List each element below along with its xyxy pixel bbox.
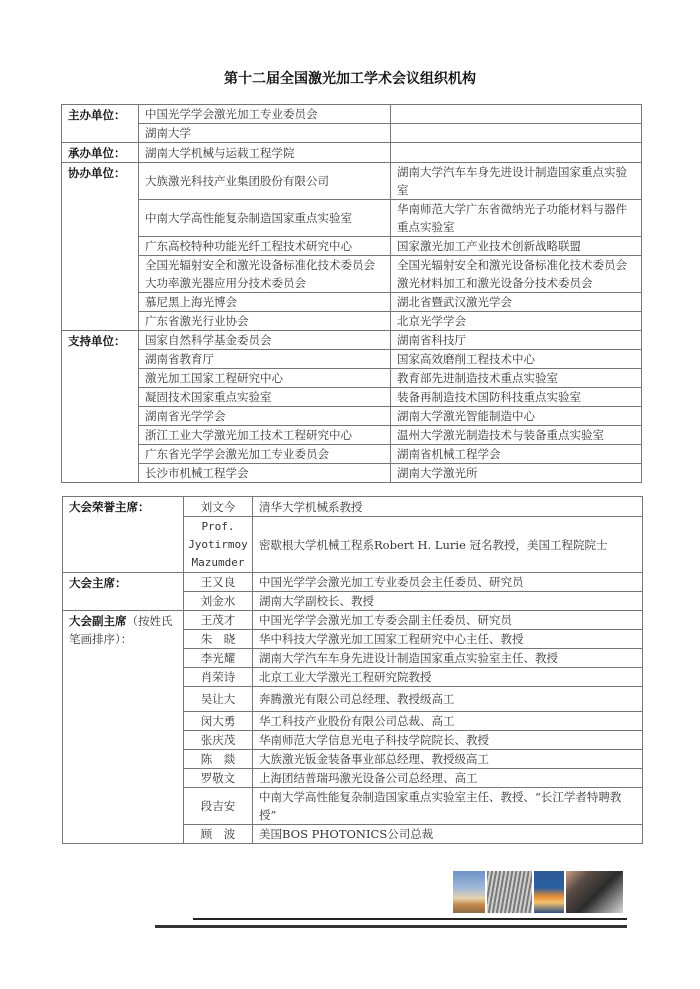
table-row: 支持单位： 国家自然科学基金委员会 湖南省科技厅	[62, 331, 642, 350]
table-row: 广东高校特种功能光纤工程技术研究中心 国家激光加工产业技术创新战略联盟	[62, 237, 642, 256]
cell	[391, 143, 642, 163]
footer-divider-thick	[155, 925, 627, 928]
member-name: 朱 晓	[184, 630, 253, 649]
host-label: 主办单位：	[62, 105, 139, 143]
member-name: 段吉安	[184, 788, 253, 825]
cell: 激光加工国家工程研究中心	[139, 369, 391, 388]
cell: 全国光辐射安全和激光设备标准化技术委员会激光材料加工和激光设备分技术委员会	[391, 256, 642, 293]
cell: 国家自然科学基金委员会	[139, 331, 391, 350]
cell: 湖南大学激光所	[391, 464, 642, 483]
table-row: 全国光辐射安全和激光设备标准化技术委员会大功率激光器应用分技术委员会 全国光辐射…	[62, 256, 642, 293]
table-row: 承办单位： 湖南大学机械与运载工程学院	[62, 143, 642, 163]
cell: 国家高效磨削工程技术中心	[391, 350, 642, 369]
cell: 湖南省机械工程学会	[391, 445, 642, 464]
table-row: 大会副主席（按姓氏笔画排序）： 王茂才 中国光学学会激光加工专委会副主任委员、研…	[63, 611, 643, 630]
organizer-table: 主办单位： 中国光学学会激光加工专业委员会 湖南大学 承办单位： 湖南大学机械与…	[61, 104, 642, 483]
chair-label: 大会主席：	[63, 573, 184, 611]
member-name: 肖荣诗	[184, 668, 253, 687]
cell: 湖南大学	[139, 124, 391, 143]
member-desc: 清华大学机械系教授	[253, 497, 643, 517]
cell: 湖南大学机械与运载工程学院	[139, 143, 391, 163]
member-desc: 华中科技大学激光加工国家工程研究中心主任、教授	[253, 630, 643, 649]
table-row: 激光加工国家工程研究中心 教育部先进制造技术重点实验室	[62, 369, 642, 388]
cell: 大族激光科技产业集团股份有限公司	[139, 163, 391, 200]
co-organizer-label: 协办单位：	[62, 163, 139, 331]
cell: 装备再制造技术国防科技重点实验室	[391, 388, 642, 407]
cell: 全国光辐射安全和激光设备标准化技术委员会大功率激光器应用分技术委员会	[139, 256, 391, 293]
member-name: 闵大勇	[184, 712, 253, 731]
member-name: Prof. Jyotirmoy Mazumder	[184, 517, 253, 573]
table-row: 大会主席： 王又良 中国光学学会激光加工专业委员会主任委员、研究员	[63, 573, 643, 592]
honorary-chair-label: 大会荣誉主席：	[63, 497, 184, 573]
cell: 中南大学高性能复杂制造国家重点实验室	[139, 200, 391, 237]
member-desc: 湖南大学汽车车身先进设计制造国家重点实验室主任、教授	[253, 649, 643, 668]
table-row: 湖南大学	[62, 124, 642, 143]
table-row: 主办单位： 中国光学学会激光加工专业委员会	[62, 105, 642, 124]
member-desc: 密歇根大学机械工程系Robert H. Lurie 冠名教授，美国工程院院士	[253, 517, 643, 573]
cell: 浙江工业大学激光加工技术工程研究中心	[139, 426, 391, 445]
member-desc: 华南师范大学信息光电子科技学院院长、教授	[253, 731, 643, 750]
organizer-label: 承办单位：	[62, 143, 139, 163]
member-name: 陈 燚	[184, 750, 253, 769]
cell: 湖南省光学学会	[139, 407, 391, 426]
table-row: 大会荣誉主席： 刘文今 清华大学机械系教授	[63, 497, 643, 517]
cell: 凝固技术国家重点实验室	[139, 388, 391, 407]
table-row: 湖南省光学学会 湖南大学激光智能制造中心	[62, 407, 642, 426]
member-desc: 中国光学学会激光加工专业委员会主任委员、研究员	[253, 573, 643, 592]
committee-table: 大会荣誉主席： 刘文今 清华大学机械系教授 Prof. Jyotirmoy Ma…	[62, 496, 643, 844]
laser-beam-photo	[566, 871, 623, 913]
cell: 国家激光加工产业技术创新战略联盟	[391, 237, 642, 256]
table-row: 协办单位： 大族激光科技产业集团股份有限公司 湖南大学汽车车身先进设计制造国家重…	[62, 163, 642, 200]
member-name: 顾 波	[184, 825, 253, 844]
cell: 广东高校特种功能光纤工程技术研究中心	[139, 237, 391, 256]
table-row: 广东省激光行业协会 北京光学学会	[62, 312, 642, 331]
vice-chair-label: 大会副主席（按姓氏笔画排序）：	[63, 611, 184, 844]
footer-image-strip	[453, 871, 623, 913]
cell: 广东省激光行业协会	[139, 312, 391, 331]
cell: 湖南大学汽车车身先进设计制造国家重点实验室	[391, 163, 642, 200]
footer-divider-thin	[193, 918, 627, 920]
member-desc: 华工科技产业股份有限公司总裁、高工	[253, 712, 643, 731]
member-name: 王又良	[184, 573, 253, 592]
member-name: 吴让大	[184, 687, 253, 712]
cell: 湖南省科技厅	[391, 331, 642, 350]
table-row: 长沙市机械工程学会 湖南大学激光所	[62, 464, 642, 483]
member-desc: 奔腾激光有限公司总经理、教授级高工	[253, 687, 643, 712]
member-name: 刘金水	[184, 592, 253, 611]
cell: 北京光学学会	[391, 312, 642, 331]
cell	[391, 105, 642, 124]
laser-machine-photo	[487, 871, 532, 913]
cell: 湖南省教育厅	[139, 350, 391, 369]
cell: 广东省光学学会激光加工专业委员会	[139, 445, 391, 464]
member-name: 刘文今	[184, 497, 253, 517]
table-row: 凝固技术国家重点实验室 装备再制造技术国防科技重点实验室	[62, 388, 642, 407]
member-desc: 美国BOS PHOTONICS公司总裁	[253, 825, 643, 844]
member-desc: 北京工业大学激光工程研究院教授	[253, 668, 643, 687]
page-title: 第十二届全国激光加工学术会议组织机构	[0, 68, 700, 88]
cell: 华南师范大学广东省微纳光子功能材料与器件重点实验室	[391, 200, 642, 237]
cell: 慕尼黑上海光博会	[139, 293, 391, 312]
member-name: 王茂才	[184, 611, 253, 630]
member-desc: 中国光学学会激光加工专委会副主任委员、研究员	[253, 611, 643, 630]
cell: 湖北省暨武汉激光学会	[391, 293, 642, 312]
cell	[391, 124, 642, 143]
member-desc: 大族激光钣金装备事业部总经理、教授级高工	[253, 750, 643, 769]
cell: 中国光学学会激光加工专业委员会	[139, 105, 391, 124]
table-row: 中南大学高性能复杂制造国家重点实验室 华南师范大学广东省微纳光子功能材料与器件重…	[62, 200, 642, 237]
vice-chair-title: 大会副主席	[69, 614, 127, 628]
member-name: 张庆茂	[184, 731, 253, 750]
table-row: 浙江工业大学激光加工技术工程研究中心 温州大学激光制造技术与装备重点实验室	[62, 426, 642, 445]
cell: 温州大学激光制造技术与装备重点实验室	[391, 426, 642, 445]
member-name: 罗敬文	[184, 769, 253, 788]
table-row: 广东省光学学会激光加工专业委员会 湖南省机械工程学会	[62, 445, 642, 464]
member-name: 李光耀	[184, 649, 253, 668]
supporter-label: 支持单位：	[62, 331, 139, 483]
member-desc: 湖南大学副校长、教授	[253, 592, 643, 611]
table-row: 湖南省教育厅 国家高效磨削工程技术中心	[62, 350, 642, 369]
rocket-launch-photo	[453, 871, 485, 913]
table-row: 慕尼黑上海光博会 湖北省暨武汉激光学会	[62, 293, 642, 312]
member-desc: 中南大学高性能复杂制造国家重点实验室主任、教授、“长江学者特聘教授”	[253, 788, 643, 825]
cell: 湖南大学激光智能制造中心	[391, 407, 642, 426]
cell: 教育部先进制造技术重点实验室	[391, 369, 642, 388]
laser-cutting-photo	[534, 871, 564, 913]
cell: 长沙市机械工程学会	[139, 464, 391, 483]
member-desc: 上海团结普瑞玛激光设备公司总经理、高工	[253, 769, 643, 788]
